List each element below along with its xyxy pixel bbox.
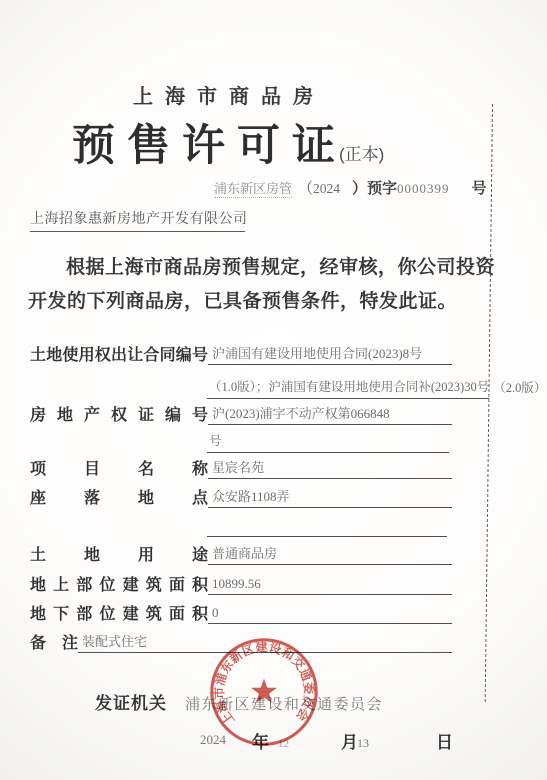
certificate-page: 上海市商品房 预售许可证(正本) 浦东新区房管 （ 2024 ）预字 00003… bbox=[0, 0, 547, 780]
land-contract-value-line2-tail: （2.0版） bbox=[489, 378, 546, 399]
location-label: 座落地点 bbox=[30, 489, 208, 508]
location-value: 众安路1108弄 bbox=[208, 489, 452, 508]
permit-unit: 号 bbox=[472, 177, 487, 198]
date-day: 13 bbox=[357, 736, 369, 751]
permit-number-line: 浦东新区房管 （ 2024 ）预字 0000399 号 bbox=[214, 177, 487, 198]
property-cert-label: 房地产权证编号 bbox=[30, 406, 208, 425]
field-row-project-name: 项目名称 星宸名苑 bbox=[30, 460, 452, 479]
permit-paren-close: ）预字 bbox=[352, 177, 397, 198]
body-paragraph: 根据上海市商品房预售规定，经审核，你公司投资开发的下列商品房，已具备预售条件，特… bbox=[28, 251, 496, 319]
official-seal: 上海市浦东新区建设和交通委员会 bbox=[206, 634, 322, 750]
field-row-property-cert: 房地产权证编号 沪(2023)浦字不动产权第066848 bbox=[30, 406, 452, 425]
land-contract-value: 沪浦国有建设用地使用合同(2023)8号 bbox=[208, 346, 452, 365]
above-ground-area-label: 地上部位建筑面积 bbox=[30, 576, 208, 595]
land-use-value: 普通商品房 bbox=[208, 546, 452, 565]
date-day-unit: 日 bbox=[436, 728, 453, 753]
field-row-above-ground-area: 地上部位建筑面积 10899.56 bbox=[30, 576, 452, 595]
location-continuation-line bbox=[207, 518, 447, 537]
category-title: 上海市商品房 bbox=[133, 80, 325, 109]
main-title: 预售许可证 bbox=[72, 122, 347, 170]
seal-star-icon bbox=[251, 678, 277, 702]
land-use-label: 土地用途 bbox=[30, 546, 208, 565]
field-row-land-contract-line2: （1.0版）；沪浦国有建设用地使用合同补(2023)30号 （2.0版） bbox=[207, 378, 546, 399]
below-ground-area-label: 地下部位建筑面积 bbox=[30, 605, 208, 624]
below-ground-area-value: 0 bbox=[208, 605, 452, 624]
land-contract-value-line2: （1.0版）；沪浦国有建设用地使用合同补(2023)30号 bbox=[207, 380, 489, 399]
main-title-row: 预售许可证(正本) bbox=[72, 112, 384, 173]
above-ground-area-value: 10899.56 bbox=[208, 576, 452, 595]
permit-serial: 0000399 bbox=[397, 181, 450, 197]
field-row-below-ground-area: 地下部位建筑面积 0 bbox=[30, 605, 452, 624]
property-cert-value: 沪(2023)浦字不动产权第066848 bbox=[208, 406, 452, 425]
project-name-value: 星宸名苑 bbox=[208, 460, 452, 479]
field-row-land-use: 土地用途 普通商品房 bbox=[30, 546, 452, 565]
copy-type-label: (正本) bbox=[339, 145, 384, 164]
land-contract-label: 土地使用权出让合同编号 bbox=[30, 346, 208, 365]
permit-paren-open: （ bbox=[298, 177, 313, 198]
recipient-name: 上海招象惠新房地产开发有限公司 bbox=[30, 208, 245, 232]
permit-year: 2024 bbox=[313, 181, 340, 197]
date-month-unit: 月 bbox=[341, 728, 358, 753]
permit-authority: 浦东新区房管 bbox=[214, 178, 292, 198]
issuer-label: 发证机关 bbox=[95, 689, 167, 714]
remarks-label: 备注 bbox=[30, 634, 78, 653]
property-cert-value-line2: 号 bbox=[207, 434, 449, 453]
field-row-property-cert-line2: 号 bbox=[207, 434, 449, 453]
field-row-location: 座落地点 众安路1108弄 bbox=[30, 489, 452, 508]
project-name-label: 项目名称 bbox=[30, 460, 208, 479]
field-row-land-contract: 土地使用权出让合同编号 沪浦国有建设用地使用合同(2023)8号 bbox=[30, 346, 452, 365]
